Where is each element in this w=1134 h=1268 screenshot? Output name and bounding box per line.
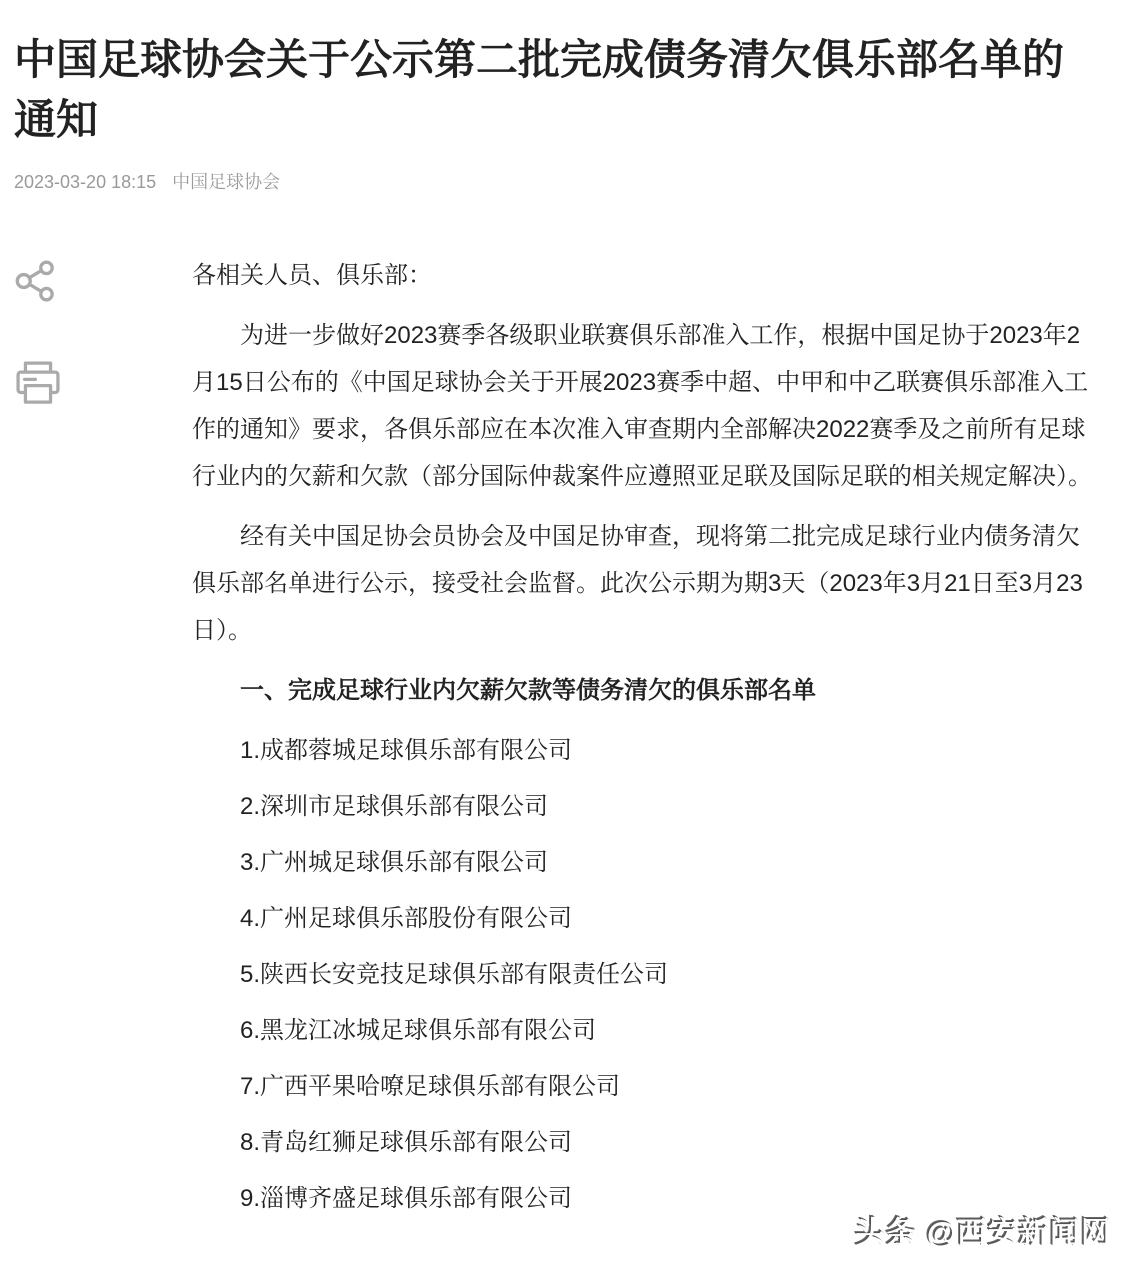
club-list-item: 6.黑龙江冰城足球俱乐部有限公司 bbox=[192, 1007, 1092, 1054]
club-list-item: 7.广西平果哈嘹足球俱乐部有限公司 bbox=[192, 1063, 1092, 1110]
club-list-item: 1.成都蓉城足球俱乐部有限公司 bbox=[192, 727, 1092, 774]
body-paragraph: 经有关中国足协会员协会及中国足协审查，现将第二批完成足球行业内债务清欠俱乐部名单… bbox=[192, 513, 1092, 654]
body-paragraph: 为进一步做好2023赛季各级职业联赛俱乐部准入工作，根据中国足协于2023年2月… bbox=[192, 312, 1092, 500]
club-list-item: 3.广州城足球俱乐部有限公司 bbox=[192, 839, 1092, 886]
club-list-item: 2.深圳市足球俱乐部有限公司 bbox=[192, 783, 1092, 830]
article-title: 中国足球协会关于公示第二批完成债务清欠俱乐部名单的通知 bbox=[14, 30, 1084, 150]
article-page: 中国足球协会关于公示第二批完成债务清欠俱乐部名单的通知 2023-03-20 1… bbox=[0, 0, 1134, 1268]
article-meta: 2023-03-20 18:15 中国足球协会 bbox=[14, 168, 1134, 194]
publish-date: 2023-03-20 18:15 bbox=[14, 172, 156, 193]
club-list-item: 5.陕西长安竞技足球俱乐部有限责任公司 bbox=[192, 951, 1092, 998]
source-name[interactable]: 中国足球协会 bbox=[172, 168, 280, 194]
action-rail bbox=[12, 256, 62, 406]
print-icon bbox=[12, 356, 62, 410]
article-body: 各相关人员、俱乐部： 为进一步做好2023赛季各级职业联赛俱乐部准入工作，根据中… bbox=[0, 252, 1134, 1222]
share-icon bbox=[12, 257, 62, 305]
article-content: 各相关人员、俱乐部： 为进一步做好2023赛季各级职业联赛俱乐部准入工作，根据中… bbox=[192, 252, 1092, 1222]
club-list-item: 4.广州足球俱乐部股份有限公司 bbox=[192, 895, 1092, 942]
section-heading: 一、完成足球行业内欠薪欠款等债务清欠的俱乐部名单 bbox=[192, 667, 1092, 714]
club-list-item: 8.青岛红狮足球俱乐部有限公司 bbox=[192, 1119, 1092, 1166]
club-list-item: 9.淄博齐盛足球俱乐部有限公司 bbox=[192, 1175, 1092, 1222]
salutation: 各相关人员、俱乐部： bbox=[192, 252, 1092, 299]
share-button[interactable] bbox=[12, 256, 62, 306]
print-button[interactable] bbox=[12, 356, 62, 406]
